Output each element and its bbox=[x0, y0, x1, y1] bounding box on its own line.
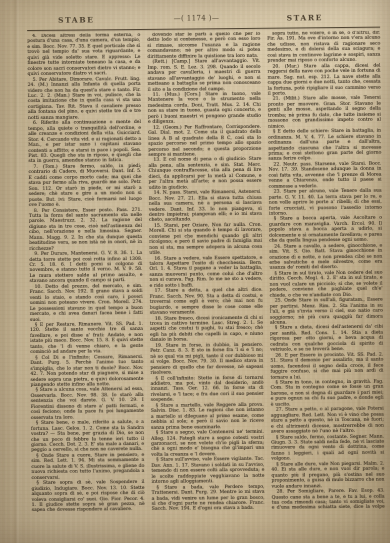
paper-crease-left bbox=[13, 0, 20, 543]
entry-paragraph: § E per Restare, Rimanere. Vit. SS. Pad.… bbox=[30, 322, 143, 356]
entry-paragraph: § Stare alle dure, vale Non piegarsi. Ma… bbox=[271, 461, 384, 489]
entry-paragraph: § E coll'infinito: Stette in forse di to… bbox=[150, 375, 263, 403]
entry-paragraph: 20. (Mar.) Stare alla cappa, dicesi del … bbox=[267, 63, 380, 97]
entry-paragraph: 12. (Geom.) Per Raffrontare, Corrisponde… bbox=[148, 124, 261, 158]
entry-paragraph: 4. Dicesi altresì della forma esterna, o… bbox=[27, 33, 140, 78]
entry-paragraph: 28. Per Somigliare, Parere. Fav. Esop. 4… bbox=[272, 489, 385, 511]
text-column-1: 4. Dicesi altresì della forma esterna, o… bbox=[27, 33, 145, 513]
entry-paragraph: § Stare a bocca aperta, vale Ascoltare o… bbox=[269, 216, 382, 244]
entry-paragraph: § Stare a martello, vale Reggere alla pr… bbox=[151, 403, 264, 431]
entry-paragraph: 16. Stare a vedere, vale Essere spettato… bbox=[149, 255, 262, 289]
text-columns: 4. Dicesi altresì della forma esterna, o… bbox=[27, 31, 385, 513]
entry-paragraph: 8. Per Consistere, Esser posto. Pass. 27… bbox=[29, 207, 142, 252]
entry-paragraph: 22. Neutr. pass. Starsene, vale Starsi. … bbox=[268, 162, 381, 190]
entry-paragraph: § Stare saldo, fermo, costante. Segner. … bbox=[271, 434, 384, 462]
entry-paragraph: 21. (Milit.) Stare alle mosse, vale Tene… bbox=[268, 96, 381, 130]
entry-paragraph: 23. Stare per alcuno, vale Tenere dalla … bbox=[269, 189, 382, 217]
entry-paragraph: § Stare a alcuna cosa, vale Attenersi ad… bbox=[31, 387, 144, 421]
entry-paragraph: 14. N. pass. Starsi, vale Rimanersi, Ast… bbox=[149, 190, 262, 224]
entry-paragraph: 15. Starsi, per Oziare, Non far nulla. C… bbox=[149, 223, 262, 257]
entry-paragraph: 18. Stare fresco, dicesi ironicamente di… bbox=[150, 315, 263, 343]
running-head-left: STABE bbox=[58, 15, 95, 24]
entry-paragraph: 13. E col nome di pena o di giudicio: St… bbox=[148, 157, 261, 191]
entry-paragraph: § Stare a segno, vale Contenersi ne' ter… bbox=[151, 430, 264, 458]
entry-paragraph: 11. (Mus.) [Cors.] Stare in tuono, vale … bbox=[148, 92, 261, 126]
entry-paragraph: § Stare sopra di sè, vale Sospendere il … bbox=[31, 480, 144, 513]
text-block: STABE —( 1174 )— STARE 4. Dicesi altresì… bbox=[27, 13, 385, 513]
entry-paragraph: 26. E per Essere in procinto. Vit. SS. P… bbox=[270, 352, 383, 380]
text-column-3: sopra tutto, nè volere, o in sè, o d'alt… bbox=[267, 31, 385, 511]
entry-paragraph: § Stare sull'avviso, vale Essere vigilan… bbox=[151, 457, 264, 485]
text-column-2: dovendo star le parti a quello che per l… bbox=[147, 32, 265, 512]
entry-paragraph: 17. Stare a detta, a quel che altri dice… bbox=[150, 288, 263, 316]
entry-paragraph: § Stare in tono, in contegno, in gravità… bbox=[271, 380, 384, 408]
scanned-page: STABE —( 1174 )— STARE 4. Dicesi altresì… bbox=[0, 0, 390, 543]
entry-paragraph: § Onde Stare a cuore, Stare in pensiero,… bbox=[31, 453, 144, 481]
entry-paragraph: 27. Stare a petto, o al paragone, vale P… bbox=[271, 407, 384, 435]
entry-paragraph: 25. Onde Stare in sull'ali, figuratam., … bbox=[270, 298, 383, 326]
entry-paragraph: 19. Stare in forse, in dubbio, in pensie… bbox=[150, 343, 263, 377]
entry-paragraph: 10. Detto del prezzo, del mercato, e sim… bbox=[30, 284, 143, 323]
entry-paragraph: 5. Per Abitare, Dimorare. Cavalc. Frutt.… bbox=[28, 77, 141, 122]
entry-paragraph: § E detto delle schiere: Stare in battag… bbox=[268, 129, 381, 163]
page-number: —( 1174 )— bbox=[174, 14, 220, 22]
entry-paragraph: (Rett.) [Camp.] Stare all'avvantaggio. V… bbox=[147, 59, 260, 93]
entry-paragraph: 24. Stare a cavallo, a sedere, ginocchio… bbox=[269, 243, 382, 271]
entry-paragraph: dovendo star le parti a quello che per l… bbox=[147, 32, 260, 60]
entry-paragraph: § Stare a dieta, dicesi dell'astenersi d… bbox=[270, 325, 383, 353]
entry-paragraph: 7. (Tom.) Stare fermo, saldo, in piedi; … bbox=[28, 164, 141, 209]
entry-paragraph: sopra tutto, nè volere, o in sè, o d'alt… bbox=[267, 31, 380, 65]
entry-paragraph: § Stare a bada, vale Perdere tempo, Trat… bbox=[152, 484, 265, 511]
entry-paragraph: § Stare in sul tirato, vale Non cedere d… bbox=[269, 271, 382, 299]
entry-paragraph: 6. Riferito alla continuazione o mente d… bbox=[28, 120, 141, 165]
entry-paragraph: § Stare bene, o male, riferito a salute,… bbox=[31, 420, 144, 454]
entry-paragraph: 9. Per Durare, Mantenersi. G. V. 8. 36. … bbox=[29, 251, 142, 285]
entry-paragraph: § Col Di e l'infinito: Cessare, Rimaners… bbox=[30, 355, 143, 389]
running-head-right: STARE bbox=[287, 13, 323, 22]
